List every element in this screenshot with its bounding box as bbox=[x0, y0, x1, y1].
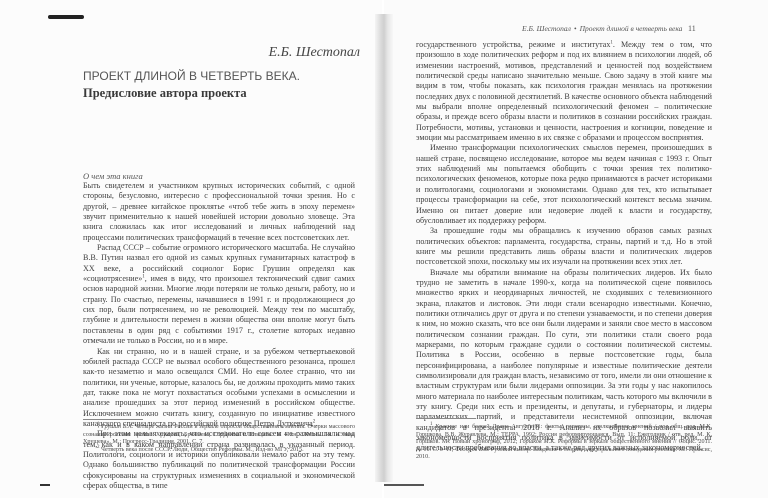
running-head-author: Е.Б. Шестопал bbox=[522, 24, 571, 33]
section-heading: О чем эта книга bbox=[83, 171, 143, 181]
paragraph: За прошедшие годы мы обращались к изучен… bbox=[416, 226, 712, 267]
bullet-separator-icon: • bbox=[574, 24, 577, 33]
footnote-author: Горшков М.К. bbox=[519, 439, 555, 445]
print-mark bbox=[48, 15, 84, 19]
footnote-text: Четверть века после СССР. Люди, Общество… bbox=[101, 447, 304, 453]
running-head-title: Проект длиной в четверть века bbox=[580, 24, 683, 33]
paragraph-text: государственного устройства, режиме и ин… bbox=[416, 40, 610, 49]
print-mark bbox=[40, 484, 50, 486]
paragraph: Быть свидетелем и участником крупных ист… bbox=[83, 181, 355, 243]
right-footnotes: 1 Красное или белое? Драма Августа-91: ф… bbox=[416, 424, 712, 462]
footnote: 1 Красное или белое? Драма Августа-91: ф… bbox=[416, 424, 712, 462]
chapter-subtitle: Предисловие автора проекта bbox=[83, 86, 247, 101]
paragraph-text: , имея в виду, что произошел тектоническ… bbox=[83, 274, 355, 345]
footnote-divider bbox=[83, 419, 143, 420]
footnote-divider bbox=[416, 418, 476, 419]
book-spread: Е.Б. Шестопал ПРОЕКТ ДЛИНОЙ В ЧЕТВЕРТЬ В… bbox=[0, 0, 768, 498]
paragraph: Как ни странно, но и в нашей стране, и з… bbox=[83, 347, 355, 430]
footnote-author: Грушин Б.А. bbox=[101, 424, 133, 430]
right-body-text: государственного устройства, режиме и ин… bbox=[416, 40, 712, 454]
paragraph-text: Как ни странно, но и в нашей стране, и з… bbox=[83, 347, 355, 428]
left-page: Е.Б. Шестопал ПРОЕКТ ДЛИНОЙ В ЧЕТВЕРТЬ В… bbox=[0, 0, 382, 498]
paragraph: Распад СССР – событие огромного историче… bbox=[83, 243, 355, 346]
book-gutter bbox=[375, 14, 393, 482]
footnote-number: 2 bbox=[97, 445, 100, 450]
running-head: Е.Б. Шестопал•Проект длиной в четверть в… bbox=[522, 24, 682, 33]
footnote: 2 Четверть века после СССР. Люди, Общест… bbox=[83, 447, 355, 455]
paragraph: Именно трансформации психологических смы… bbox=[416, 143, 712, 226]
paragraph-text: . Между тем о том, что произошло в ходе … bbox=[416, 40, 712, 142]
page-edge-shadow bbox=[384, 484, 424, 486]
footnote-author: Федоров В.В. bbox=[455, 447, 489, 453]
page-number: 11 bbox=[688, 24, 696, 33]
chapter-author: Е.Б. Шестопал bbox=[269, 45, 360, 61]
left-footnotes: 1 Грушин Б.А. Четыре жизни России в зерк… bbox=[83, 424, 355, 454]
chapter-title: ПРОЕКТ ДЛИНОЙ В ЧЕТВЕРТЬ ВЕКА. bbox=[83, 69, 300, 83]
paragraph: государственного устройства, режиме и ин… bbox=[416, 40, 712, 143]
footnote-number: 1 bbox=[97, 422, 100, 427]
footnote-number: 1 bbox=[430, 422, 433, 427]
footnote: 1 Грушин Б.А. Четыре жизни России в зерк… bbox=[83, 424, 355, 447]
